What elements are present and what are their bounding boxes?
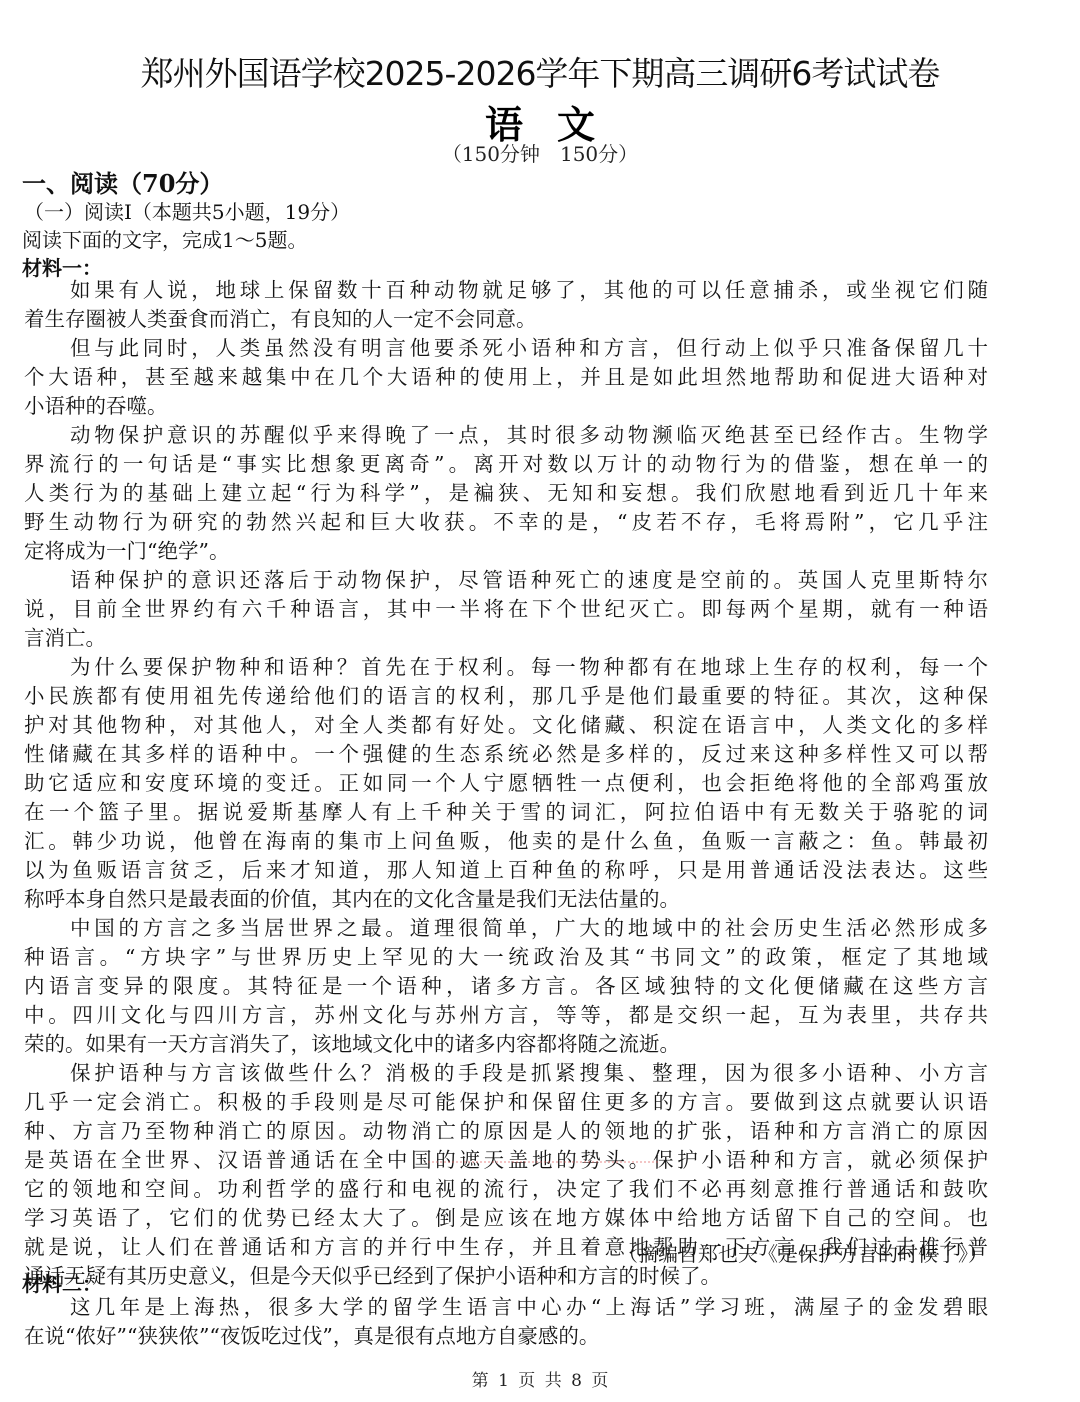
paragraph-line: 种语言。“方块字”与世界历史上罕见的大一统政治及其“书同文”的政策，框定了其地域	[24, 942, 988, 972]
paragraph-line: 这几年是上海热，很多大学的留学生语言中心办“上海话”学习班，满屋子的金发碧眼	[24, 1292, 988, 1322]
paragraph-line: 着生存圈被人类蚕食而消亡，有良知的人一定不会同意。	[24, 304, 988, 334]
paragraph-line: 如果有人说，地球上保留数十百种动物就足够了，其他的可以任意捕杀，或坐视它们随	[24, 275, 988, 305]
paragraph-line: 个大语种，甚至越来越集中在几个大语种的使用上，并且是如此坦然地帮助和促进大语种对	[24, 362, 988, 392]
paragraph-line: 语种保护的意识还落后于动物保护，尽管语种死亡的速度是空前的。英国人克里斯特尔	[24, 565, 988, 595]
paragraph-line: 是英语在全世界、汉语普通话在全中国的遮天盖地的势头。保护小语种和方言，就必须保护	[24, 1145, 988, 1175]
paragraph-line: 界流行的一句话是“事实比想象更离奇”。离开对数以万计的动物行为的借鉴，想在单一的	[24, 449, 988, 479]
paragraph-line: 助它适应和安度环境的变迁。正如同一个人宁愿牺牲一点便利，也会拒绝将他的全部鸡蛋放	[24, 768, 988, 798]
section-subheading: （一）阅读Ⅰ（本题共5小题，19分）	[24, 196, 350, 225]
paragraph-line: 定将成为一门“绝学”。	[24, 536, 988, 566]
paragraph-line: 在一个篮子里。据说爱斯基摩人有上千种关于雪的词汇，阿拉伯语中有无数关于骆驼的词	[24, 797, 988, 827]
paragraph-line: 小民族都有使用祖先传递给他们的语言的权利，那几乎是他们最重要的特征。其次，这种保	[24, 681, 988, 711]
paragraph-line: 说，目前全世界约有六千种语言，其中一半将在下个世纪灭亡。即每两个星期，就有一种语	[24, 594, 988, 624]
paragraph-line: 但与此同时，人类虽然没有明言他要杀死小语种和方言，但行动上似乎只准备保留几十	[24, 333, 988, 363]
paragraph-line: 护对其他物种，对其他人，对全人类都有好处。文化储藏、积淀在语言中，人类文化的多样	[24, 710, 988, 740]
paragraph-line: 内语言变异的限度。其特征是一个语种，诸多方言。各区域独特的文化便储藏在这些方言	[24, 971, 988, 1001]
section-instruction: 阅读下面的文字，完成1～5题。	[22, 224, 307, 253]
exam-duration: （150分钟 150分）	[0, 138, 1080, 167]
faint-watermark	[428, 1161, 658, 1169]
paragraph-line: 称呼本身自然只是最表面的价值，其内在的文化含量是我们无法估量的。	[24, 884, 988, 914]
paragraph-line: 中。四川文化与四川方言，苏州文化与苏州方言，等等，都是交织一起，互为表里，共存共	[24, 1000, 988, 1030]
source-citation: （摘编自郑也夫《是保护方言的时候了》）	[618, 1238, 988, 1267]
paragraph-line: 小语种的吞噬。	[24, 391, 988, 421]
paragraph-line: 中国的方言之多当居世界之最。道理很简单，广大的地域中的社会历史生活必然形成多	[24, 913, 988, 943]
exam-title: 郑州外国语学校2025-2026学年下期高三调研6考试试卷	[0, 48, 1080, 95]
exam-page: 郑州外国语学校2025-2026学年下期高三调研6考试试卷 语文 （150分钟 …	[0, 0, 1080, 1402]
paragraph-line: 动物保护意识的苏醒似乎来得晚了一点，其时很多动物濒临灭绝甚至已经作古。生物学	[24, 420, 988, 450]
paragraph-line: 种、方言乃至物种消亡的原因。动物消亡的原因是人的领地的扩张，语种和方言消亡的原因	[24, 1116, 988, 1146]
paragraph-line: 在说“侬好”“狭狭侬”“夜饭吃过伐”，真是很有点地方自豪感的。	[24, 1321, 988, 1351]
paragraph-line: 野生动物行为研究的勃然兴起和巨大收获。不幸的是，“皮若不存，毛将焉附”，它几乎注	[24, 507, 988, 537]
paragraph-line: 保护语种与方言该做些什么？消极的手段是抓紧搜集、整理，因为很多小语种、小方言	[24, 1058, 988, 1088]
paragraph-line: 几乎一定会消亡。积极的手段则是尽可能保护和保留住更多的方言。要做到这点就要认识语	[24, 1087, 988, 1117]
paragraph-line: 人类行为的基础上建立起“行为科学”，是褊狭、无知和妄想。我们欣慰地看到近几十年来	[24, 478, 988, 508]
paragraph-line: 学习英语了，它们的优势已经太大了。倒是应该在地方媒体中给地方话留下自己的空间。也	[24, 1203, 988, 1233]
section-heading: 一、阅读（70分）	[22, 164, 223, 199]
page-indicator: 第 1 页 共 8 页	[0, 1366, 1080, 1391]
paragraph-line: 荣的。如果有一天方言消失了，该地域文化中的诸多内容都将随之流逝。	[24, 1029, 988, 1059]
paragraph-line: 它的领地和空间。功利哲学的盛行和电视的流行，决定了我们不必再刻意推行普通话和鼓吹	[24, 1174, 988, 1204]
paragraph-line: 以为鱼贩语言贫乏，后来才知道，那人知道上百种鱼的称呼，只是用普通话没法表达。这些	[24, 855, 988, 885]
paragraph-line: 为什么要保护物种和语种？首先在于权利。每一物种都有在地球上生存的权利，每一个	[24, 652, 988, 682]
paragraph-line: 汇。韩少功说，他曾在海南的集市上问鱼贩，他卖的是什么鱼，鱼贩一言蔽之：鱼。韩最初	[24, 826, 988, 856]
paragraph-line: 言消亡。	[24, 623, 988, 653]
paragraph-line: 性储藏在其多样的语种中。一个强健的生态系统必然是多样的，反过来这种多样性又可以帮	[24, 739, 988, 769]
